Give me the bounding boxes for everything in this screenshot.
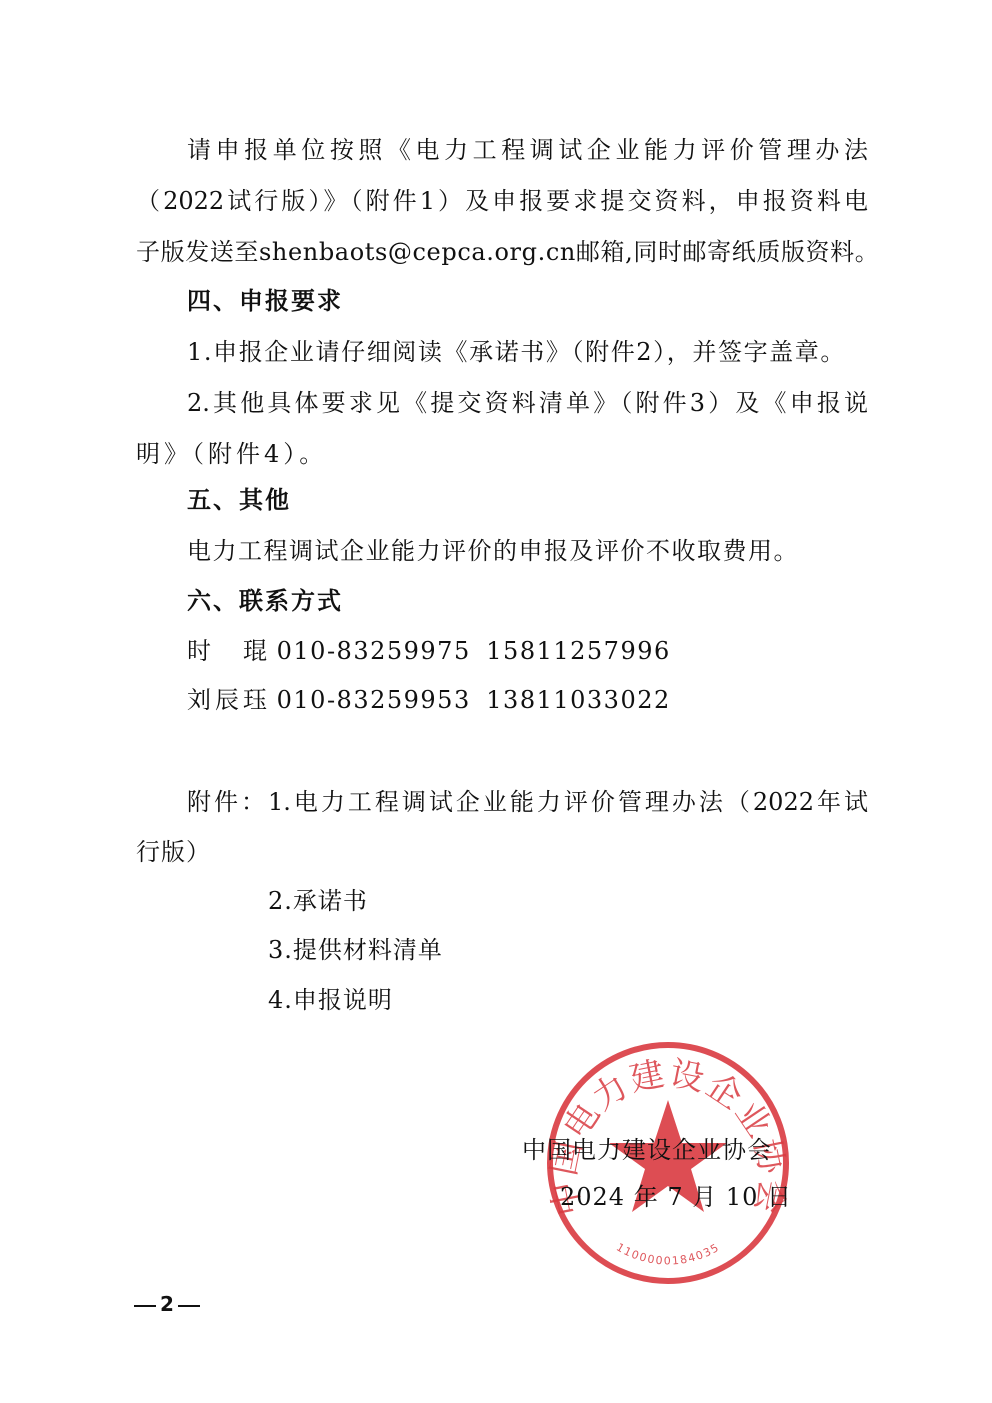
paragraph-line: 请申报单位按照《电力工程调试企业能力评价管理办法 (187, 135, 868, 165)
contact-mobile: 13811033022 (486, 685, 670, 715)
dash-decoration (134, 1305, 156, 1307)
document-page: 请申报单位按照《电力工程调试企业能力评价管理办法 （2022试行版）》（附件1）… (0, 0, 992, 1403)
page-number-value: 2 (160, 1292, 174, 1316)
page-number: 2 (130, 1292, 204, 1316)
attachment-item: 2.承诺书 (268, 886, 992, 916)
contact-phone: 010-83259953 (275, 685, 479, 715)
contact-phone: 010-83259975 (275, 636, 479, 666)
svg-text:1100000184035: 1100000184035 (614, 1241, 722, 1268)
attachment-item: 4.申报说明 (268, 985, 992, 1015)
requirement-item: 1.申报企业请仔细阅读《承诺书》（附件2），并签字盖章。 (187, 337, 919, 367)
attachment-item: 3.提供材料清单 (268, 935, 992, 965)
signature-organization: 中国电力建设企业协会 (522, 1135, 772, 1165)
contact-name: 刘辰珏 (187, 685, 267, 715)
contact-mobile: 15811257996 (486, 636, 670, 666)
dash-decoration (178, 1305, 200, 1307)
section-heading: 六、联系方式 (187, 586, 919, 616)
paragraph-line: 子版发送至shenbaots@cepca.org.cn邮箱,同时邮寄纸质版资料。 (136, 237, 868, 267)
contact-row: 时 琨 010-83259975 15811257996 (187, 636, 919, 666)
requirement-item: 2.其他具体要求见《提交资料清单》（附件3）及《申报说 (187, 388, 868, 418)
section-text: 电力工程调试企业能力评价的申报及评价不收取费用。 (187, 536, 919, 566)
section-heading: 四、申报要求 (187, 286, 919, 316)
signature-date: 2024 年 7 月 10 日 (560, 1182, 792, 1212)
seal-number: 1100000184035 (614, 1241, 722, 1268)
contact-name: 时 琨 (187, 636, 267, 666)
attachments-label: 附件：1.电力工程调试企业能力评价管理办法（2022年试 (187, 787, 868, 817)
section-heading: 五、其他 (187, 485, 919, 515)
contact-row: 刘辰珏 010-83259953 13811033022 (187, 685, 919, 715)
attachments-label-cont: 行版） (136, 837, 868, 867)
paragraph-line: （2022试行版）》（附件1）及申报要求提交资料，申报资料电 (136, 186, 868, 216)
requirement-item-cont: 明》（附件4）。 (136, 439, 868, 469)
